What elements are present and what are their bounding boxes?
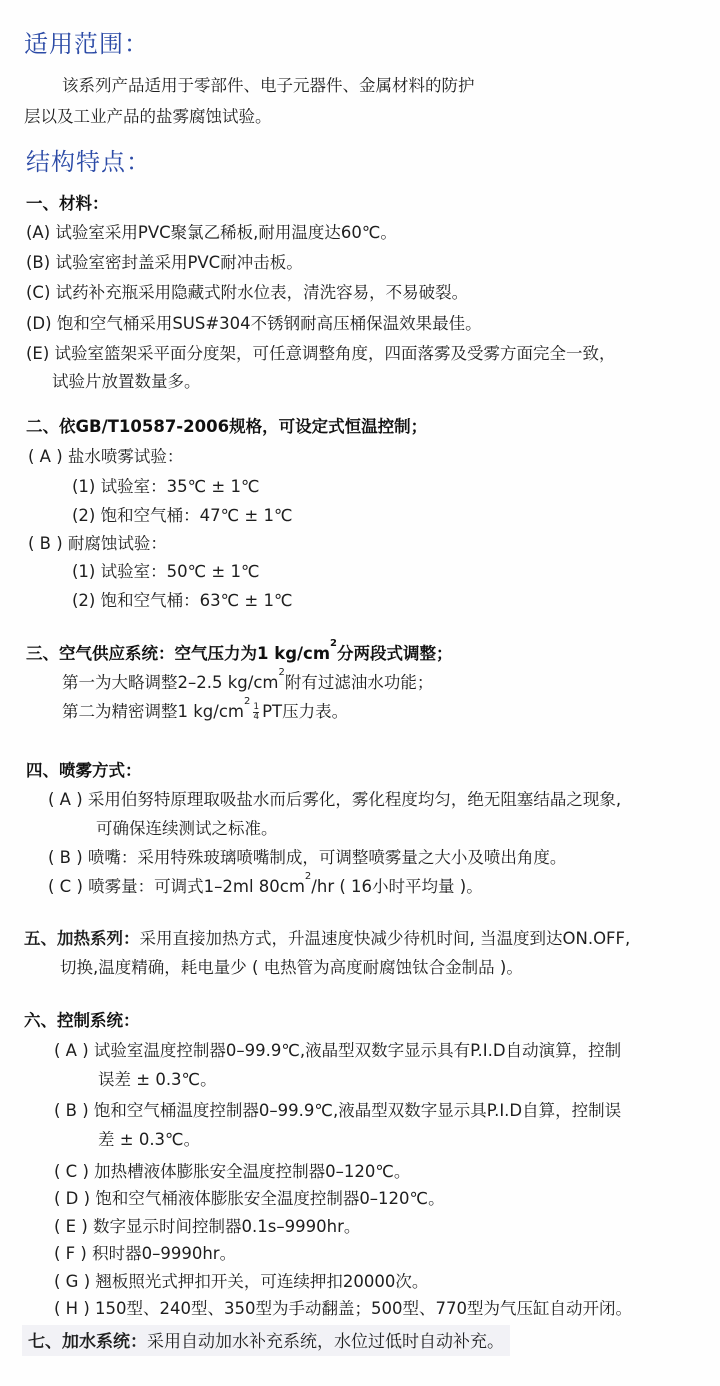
air-coarse-adjust-line: 第一为大略调整2–2.5 kg/cm2附有过滤油水功能； [62,669,433,693]
control-item-c: ( C ) 加热槽液体膨胀安全温度控制器0–120℃。 [54,1158,410,1182]
section-5-line2: 切换,温度精确，耗电量少 ( 电热管为高度耐腐蚀钛合金制品 )。 [60,954,523,978]
control-item-g: ( G ) 翘板照光式押扣开关，可连续押扣20000次。 [54,1268,428,1292]
quarter-fraction: 14 [253,703,259,722]
scope-paragraph-line2: 层以及工业产品的盐雾腐蚀试验。 [24,103,272,127]
corrosion-test-label: ( B ) 耐腐蚀试验： [28,530,167,554]
control-item-b: ( B ) 饱和空气桶温度控制器0–99.9℃,液晶型双数字显示具P.I.D自算… [54,1097,621,1121]
section-7-title: 七、加水系统： [28,1332,147,1352]
control-item-e: ( E ) 数字显示时间控制器0.1s–9990hr。 [54,1213,360,1237]
salt-spray-chamber-temp: (1) 试验室：35℃ ± 1℃ [72,473,260,497]
section-4-title: 四、喷雾方式： [26,757,142,781]
corrosion-chamber-temp: (1) 试验室：50℃ ± 1℃ [72,558,260,582]
section-1-title: 一、材料： [26,190,109,214]
salt-spray-test-label: ( A ) 盐水喷雾试验： [28,443,183,467]
material-item-c: (C) 试药补充瓶采用隐藏式附水位表，清洗容易，不易破裂。 [26,279,468,303]
salt-spray-tank-temp: (2) 饱和空气桶：47℃ ± 1℃ [72,502,293,526]
features-heading: 结构特点： [26,142,151,177]
section-2-title: 二、依GB/T10587-2006规格，可设定式恒温控制； [26,413,427,437]
section-5-line1: 五、加热系列：采用直接加热方式，升温速度快减少待机时间, 当温度到达ON.OFF… [24,925,630,949]
material-item-a: (A) 试验室采用PVC聚氯乙稀板,耐用温度达60℃。 [26,219,397,243]
control-item-a-cont: 误差 ± 0.3℃。 [98,1066,217,1090]
spray-method-a-cont: 可确保连续测试之标准。 [96,815,278,839]
material-item-e: (E) 试验室篮架采平面分度架，可任意调整角度，四面落雾及受雾方面完全一致， [26,340,616,364]
control-item-d: ( D ) 饱和空气桶液体膨胀安全温度控制器0–120℃。 [54,1185,445,1209]
section-7-line: 七、加水系统：采用自动加水补充系统，水位过低时自动补充。 [22,1325,510,1356]
section-3-title: 三、空气供应系统：空气压力为1 kg/cm2分两段式调整； [26,640,452,664]
control-item-b-cont: 差 ± 0.3℃。 [98,1126,200,1150]
material-item-d: (D) 饱和空气桶采用SUS#304不锈钢耐高压桶保温效果最佳。 [26,310,482,334]
air-fine-adjust-line: 第二为精密调整1 kg/cm214PT压力表。 [62,698,348,722]
control-item-a: ( A ) 试验室温度控制器0–99.9℃,液晶型双数字显示具有P.I.D自动演… [54,1037,621,1061]
spray-method-c: ( C ) 喷雾量：可调式1–2ml 80cm2/hr ( 16小时平均量 )。 [48,873,483,897]
material-item-b: (B) 试验室密封盖采用PVC耐冲击板。 [26,249,303,273]
control-item-f: ( F ) 积时器0–9990hr。 [54,1240,236,1264]
section-5-title: 五、加热系列： [24,929,140,948]
control-item-h: ( H ) 150型、240型、350型为手动翻盖；500型、770型为气压缸自… [54,1295,632,1319]
spray-method-b: ( B ) 喷嘴：采用特殊玻璃喷嘴制成，可调整喷雾量之大小及喷出角度。 [48,844,566,868]
corrosion-tank-temp: (2) 饱和空气桶：63℃ ± 1℃ [72,587,293,611]
scope-heading: 适用范围： [24,24,149,59]
spray-method-a: ( A ) 采用伯努特原理取吸盐水而后雾化，雾化程度均匀，绝无阻塞结晶之现象, [48,786,621,810]
section-6-title: 六、控制系统： [24,1007,140,1031]
scope-paragraph-line1: 该系列产品适用于零部件、电子元器件、金属材料的防护 [62,72,475,96]
material-item-e-cont: 试验片放置数量多。 [52,368,201,392]
